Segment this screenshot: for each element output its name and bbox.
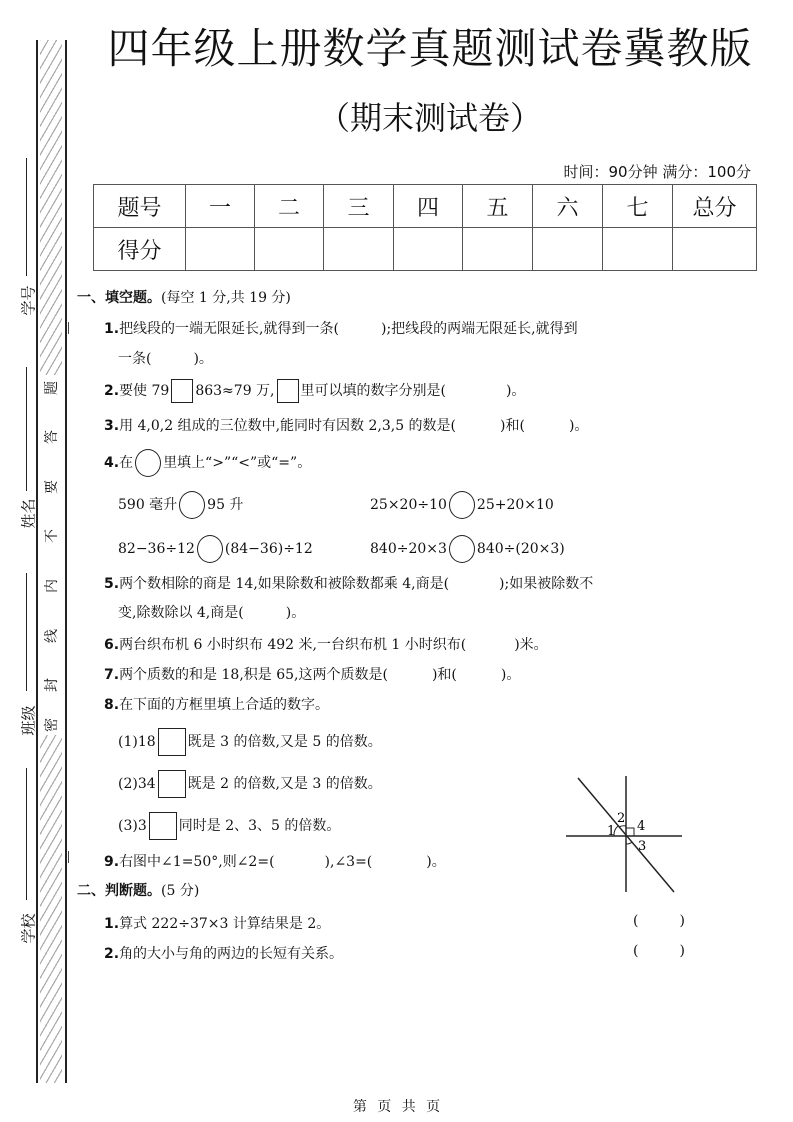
column-header: 七 [603, 185, 673, 228]
question-text: 把线段的一端无限延长,就得到一条( [119, 321, 339, 337]
question-text: )和( [500, 418, 525, 434]
name-line[interactable] [26, 367, 27, 491]
compare-left: 840÷20×3 [370, 541, 447, 557]
section-1-heading: 一、填空题。(每空 1 分,共 19 分) [77, 287, 291, 307]
seal-char: 内 [43, 577, 61, 595]
compare-left: 25×20÷10 [370, 497, 447, 513]
column-header: 五 [463, 185, 533, 228]
school-label: 学校 [18, 909, 39, 949]
tick-mark [68, 851, 69, 863]
question-text: );如果被除数不 [499, 576, 593, 592]
score-cell[interactable] [394, 228, 463, 271]
sub-question-text: 既是 2 的倍数,又是 3 的倍数。 [188, 776, 382, 792]
bracket-open: ( [633, 943, 638, 959]
student-id-label: 学号 [18, 281, 39, 321]
angle-figure: 1 2 3 4 [560, 770, 690, 900]
question-text: )。 [569, 418, 588, 434]
angle-label-2: 2 [617, 811, 625, 826]
question-1-continued: 一条()。 [118, 348, 213, 368]
compare-item: 840÷20×3840÷(20×3) [370, 535, 565, 563]
question-text: )。 [501, 667, 520, 683]
question-text: )。 [426, 854, 445, 870]
question-1: 1.把线段的一端无限延长,就得到一条();把线段的两端无限延长,就得到 [104, 318, 578, 338]
question-number: 1. [104, 321, 119, 337]
strip-line-right [65, 40, 67, 1083]
compare-right: 25+20×10 [477, 497, 554, 513]
question-text: 里填上“>”“<”或“=”。 [163, 455, 311, 471]
sub-question: (1)18既是 3 的倍数,又是 5 的倍数。 [118, 728, 382, 756]
score-cell[interactable] [186, 228, 255, 271]
question-text: 863≈79 万, [195, 383, 274, 399]
question-text: 角的大小与角的两边的长短有关系。 [119, 946, 343, 962]
column-header: 总分 [673, 185, 757, 228]
column-header: 六 [533, 185, 603, 228]
column-header: 三 [324, 185, 394, 228]
question-5-continued: 变,除数除以 4,商是()。 [118, 602, 305, 622]
question-number: 9. [104, 854, 119, 870]
question-text: 一条( [118, 351, 151, 367]
angle-label-1: 1 [607, 824, 615, 839]
student-id-line[interactable] [26, 158, 27, 276]
compare-circle[interactable] [449, 535, 475, 563]
judge-answer-bracket[interactable]: () [633, 913, 685, 929]
question-text: 两个质数的和是 18,积是 65,这两个质数是( [119, 667, 388, 683]
judge-question: 2.角的大小与角的两边的长短有关系。 [104, 943, 343, 963]
seal-char: 密 [43, 716, 61, 734]
question-4: 4.在里填上“>”“<”或“=”。 [104, 449, 311, 477]
judge-question: 1.算式 222÷37×3 计算结果是 2。 [104, 913, 330, 933]
name-label: 姓名 [18, 494, 39, 534]
compare-item: 82−36÷12(84−36)÷12 [118, 535, 313, 563]
score-cell[interactable] [673, 228, 757, 271]
question-text: )。 [286, 605, 305, 621]
compare-circle[interactable] [179, 491, 205, 519]
digit-box[interactable] [149, 812, 177, 840]
question-number: 7. [104, 667, 119, 683]
question-5: 5.两个数相除的商是 14,如果除数和被除数都乘 4,商是();如果被除数不 [104, 573, 593, 593]
question-number: 3. [104, 418, 119, 434]
question-text: 算式 222÷37×3 计算结果是 2。 [119, 916, 330, 932]
tick-mark [68, 322, 69, 334]
sub-question-prefix: (1)18 [118, 734, 156, 750]
question-number: 5. [104, 576, 119, 592]
score-cell[interactable] [324, 228, 394, 271]
question-9: 9.右图中∠1=50°,则∠2=(),∠3=()。 [104, 851, 446, 871]
compare-circle[interactable] [449, 491, 475, 519]
sub-question: (3)3同时是 2、3、5 的倍数。 [118, 812, 340, 840]
question-text: 变,除数除以 4,商是( [118, 605, 244, 621]
row-label: 题号 [94, 185, 186, 228]
class-line[interactable] [26, 573, 27, 691]
question-number: 2. [104, 383, 119, 399]
page-title: 四年级上册数学真题测试卷冀教版 [100, 18, 760, 80]
section-title: 一、填空题。 [77, 290, 161, 306]
question-text: );把线段的两端无限延长,就得到 [381, 321, 578, 337]
question-2: 2.要使 79863≈79 万,里可以填的数字分别是()。 [104, 379, 525, 403]
compare-circle[interactable] [197, 535, 223, 563]
column-header: 一 [186, 185, 255, 228]
score-cell[interactable] [603, 228, 673, 271]
angle-label-3: 3 [638, 839, 646, 854]
angle-label-4: 4 [637, 819, 645, 834]
compare-right: 840÷(20×3) [477, 541, 565, 557]
question-8: 8.在下面的方框里填上合适的数字。 [104, 694, 329, 714]
class-label: 班级 [18, 701, 39, 741]
question-text: )和( [432, 667, 457, 683]
school-line[interactable] [26, 768, 27, 900]
seal-char: 答 [43, 428, 61, 446]
score-cell[interactable] [255, 228, 324, 271]
question-6: 6.两台织布机 6 小时织布 492 米,一台织布机 1 小时织布()米。 [104, 634, 548, 654]
sub-question-text: 同时是 2、3、5 的倍数。 [179, 818, 341, 834]
sub-question-prefix: (2)34 [118, 776, 156, 792]
question-text: 右图中∠1=50°,则∠2=( [119, 854, 274, 870]
question-text: 两台织布机 6 小时织布 492 米,一台织布机 1 小时织布( [119, 637, 466, 653]
row-label: 得分 [94, 228, 186, 271]
section-title: 二、判断题。 [77, 883, 161, 899]
sub-question: (2)34既是 2 的倍数,又是 3 的倍数。 [118, 770, 382, 798]
bracket-close: ) [680, 913, 685, 929]
question-text: 在下面的方框里填上合适的数字。 [119, 697, 329, 713]
section-2-heading: 二、判断题。(5 分) [77, 880, 199, 900]
circle-symbol [135, 449, 161, 477]
compare-item: 590 毫升95 升 [118, 491, 243, 519]
question-number: 2. [104, 946, 119, 962]
question-number-row: 题号 一 二 三 四 五 六 七 总分 [94, 185, 757, 228]
page-subtitle: （期末测试卷） [100, 93, 760, 143]
box-symbol [277, 379, 299, 403]
bracket-close: ) [680, 943, 685, 959]
compare-item: 25×20÷1025+20×10 [370, 491, 554, 519]
time-info: 时间：90分钟 满分：100分 [564, 161, 752, 182]
digit-box[interactable] [158, 770, 186, 798]
question-text: )。 [506, 383, 525, 399]
section-note: (5 分) [161, 883, 199, 899]
digit-box[interactable] [158, 728, 186, 756]
question-3: 3.用 4,0,2 组成的三位数中,能同时有因数 2,3,5 的数是()和()。 [104, 415, 588, 435]
score-cell[interactable] [533, 228, 603, 271]
question-text: 两个数相除的商是 14,如果除数和被除数都乘 4,商是( [119, 576, 449, 592]
question-number: 6. [104, 637, 119, 653]
answer-box[interactable] [171, 379, 193, 403]
question-text: ),∠3=( [325, 854, 373, 870]
question-text: 要使 79 [119, 383, 169, 399]
score-cell[interactable] [463, 228, 533, 271]
judge-answer-bracket[interactable]: () [633, 943, 685, 959]
seal-char: 线 [43, 627, 61, 645]
seal-char: 不 [43, 527, 61, 545]
page-footer: 第 页 共 页 [0, 1096, 793, 1116]
question-number: 1. [104, 916, 119, 932]
question-text: 用 4,0,2 组成的三位数中,能同时有因数 2,3,5 的数是( [119, 418, 456, 434]
column-header: 二 [255, 185, 324, 228]
column-header: 四 [394, 185, 463, 228]
bracket-open: ( [633, 913, 638, 929]
score-table: 题号 一 二 三 四 五 六 七 总分 得分 [93, 184, 757, 271]
question-number: 4. [104, 455, 119, 471]
compare-left: 590 毫升 [118, 497, 177, 513]
seal-char: 题 [43, 379, 61, 397]
question-7: 7.两个质数的和是 18,积是 65,这两个质数是()和()。 [104, 664, 520, 684]
seal-char: 封 [43, 676, 61, 694]
hatch-top [40, 40, 62, 375]
compare-right: 95 升 [207, 497, 243, 513]
question-text: )。 [193, 351, 212, 367]
score-row: 得分 [94, 228, 757, 271]
question-text: )米。 [514, 637, 547, 653]
compare-left: 82−36÷12 [118, 541, 195, 557]
section-note: (每空 1 分,共 19 分) [161, 290, 291, 306]
hatch-bottom [40, 735, 62, 1083]
seal-char: 要 [43, 478, 61, 496]
question-text: 里可以填的数字分别是( [301, 383, 446, 399]
sub-question-prefix: (3)3 [118, 818, 147, 834]
compare-right: (84−36)÷12 [225, 541, 313, 557]
question-number: 8. [104, 697, 119, 713]
sub-question-text: 既是 3 的倍数,又是 5 的倍数。 [188, 734, 382, 750]
question-text: 在 [119, 455, 133, 471]
